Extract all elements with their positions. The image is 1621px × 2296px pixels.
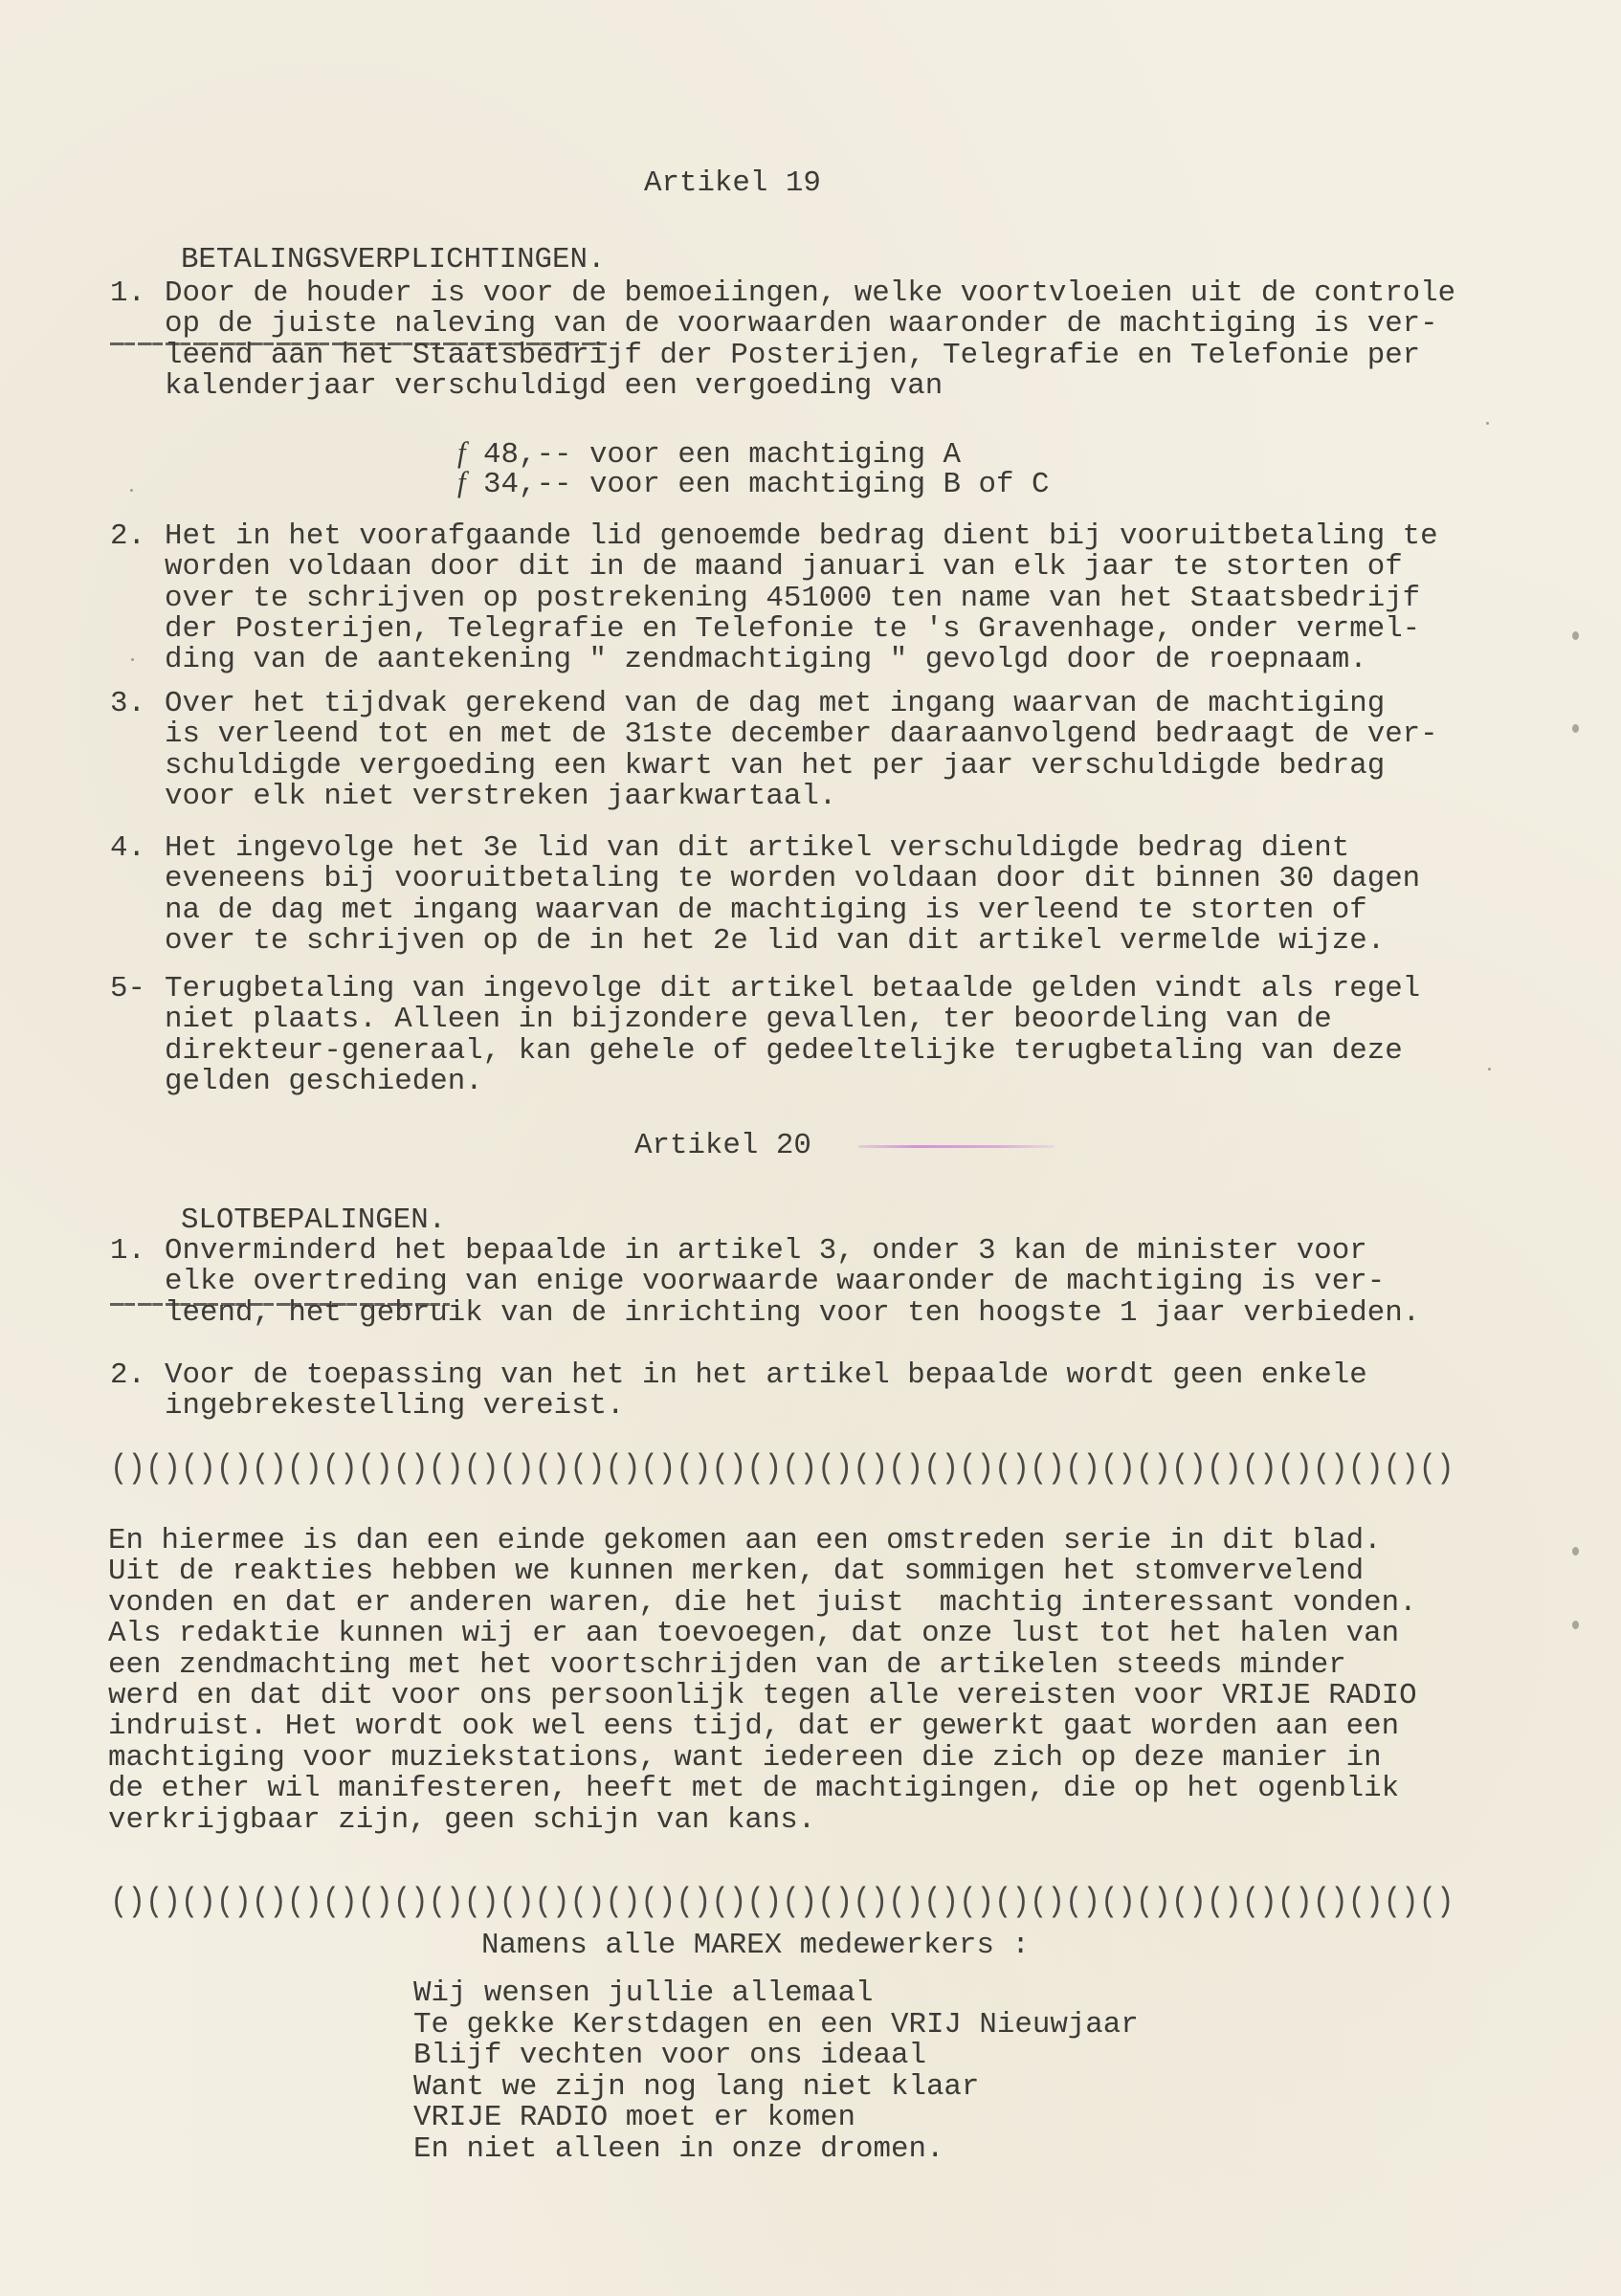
item-number: 4. [110,833,145,864]
poem-line: Want we zijn nog lang niet klaar [413,2072,1139,2104]
section-heading-text: BETALINGSVERPLICHTINGEN. [181,243,606,276]
text-line: Als redaktie kunnen wij er aan toevoegen… [108,1619,1417,1649]
section-heading-text: SLOTBEPALINGEN. [181,1203,446,1237]
fee-list: f 48,-- voor een machtiging A f 34,-- vo… [457,438,1049,497]
text-line: over te schrijven op de in het 2e lid va… [165,926,1420,957]
item-text: Door de houder is voor de bemoeiingen, w… [165,278,1455,402]
punch-mark [1572,724,1579,733]
punch-mark [1572,1547,1579,1556]
item-text: Terugbetaling van ingevolge dit artikel … [165,974,1420,1097]
text-line: werd en dat dit voor ons persoonlijk teg… [108,1681,1417,1711]
text-line: verkrijgbaar zijn, geen schijn van kans. [108,1805,1417,1836]
text-line: ding van de aantekening " zendmachtiging… [165,645,1438,675]
text-line: na de dag met ingang waarvan de machtigi… [165,895,1420,926]
item-text: Het ingevolge het 3e lid van dit artikel… [165,833,1420,957]
text-line: der Posterijen, Telegrafie en Telefonie … [165,614,1438,645]
text-line: leend aan het Staatsbedrijf der Posterij… [165,341,1455,371]
text-line: Voor de toepassing van het in het artike… [165,1360,1367,1391]
typewritten-page: Artikel 19 BETALINGSVERPLICHTINGEN. 1. D… [0,0,1621,2296]
purple-ink-mark [858,1145,1055,1148]
text-line: over te schrijven op postrekening 451000… [165,584,1438,614]
text-line: Uit de reakties hebben we kunnen merken,… [108,1556,1417,1587]
parenthesis-divider: ()()()()()()()()()()()()()()()()()()()()… [110,1884,1454,1921]
punch-mark [1572,631,1579,640]
text-line: kalenderjaar verschuldigd een vergoeding… [165,371,1455,402]
parenthesis-divider: ()()()()()()()()()()()()()()()()()()()()… [110,1450,1454,1488]
ink-speck [131,658,134,661]
article-19-title: Artikel 19 [644,168,821,199]
text-line: Het ingevolge het 3e lid van dit artikel… [165,833,1420,864]
ink-speck [1488,1068,1491,1071]
fee-amount: 34,-- [483,468,571,501]
poem-line: VRIJE RADIO moet er komen [413,2103,1139,2134]
text-line: En hiermee is dan een einde gekomen aan … [108,1526,1417,1556]
poem-line: Te gekke Kerstdagen en een VRIJ Nieuwjaa… [413,2010,1139,2042]
text-line: Door de houder is voor de bemoeiingen, w… [165,278,1455,309]
text-line: niet plaats. Alleen in bijzondere gevall… [165,1004,1420,1035]
florin-symbol: f [457,436,466,469]
item-number: 1. [110,1236,145,1267]
fee-row-bc: f 34,-- voor een machtiging B of C [457,468,1049,497]
text-line: schuldigde vergoeding een kwart van het … [165,751,1438,782]
text-line: worden voldaan door dit in de maand janu… [165,552,1438,583]
item-text: Het in het voorafgaande lid genoemde bed… [165,521,1438,675]
text-line: direkteur-generaal, kan gehele of gedeel… [165,1036,1420,1067]
article-20-title: Artikel 20 [634,1131,811,1161]
item-number: 3. [110,689,145,719]
ink-speck [130,489,133,492]
florin-symbol: f [457,466,466,498]
item-text: Onverminderd het bepaalde in artikel 3, … [165,1236,1420,1329]
item-number: 2. [110,521,145,552]
text-line: indruist. Het wordt ook wel eens tijd, d… [108,1711,1417,1742]
text-line: Over het tijdvak gerekend van de dag met… [165,689,1438,719]
fee-description: voor een machtiging A [589,438,961,472]
fee-description: voor een machtiging B of C [589,468,1050,501]
holiday-poem: Wij wensen jullie allemaal Te gekke Kers… [413,1978,1139,2166]
poem-line: Wij wensen jullie allemaal [413,1978,1139,2010]
text-line: is verleend tot en met de 31ste december… [165,719,1438,750]
text-line: Terugbetaling van ingevolge dit artikel … [165,974,1420,1004]
item-number: 1. [110,278,145,309]
fee-row-a: f 48,-- voor een machtiging A [457,438,1049,468]
ink-speck [1486,422,1489,425]
text-line: de ether wil manifesteren, heeft met de … [108,1774,1417,1804]
text-line: Onverminderd het bepaalde in artikel 3, … [165,1236,1420,1267]
text-line: op de juiste naleving van de voorwaarden… [165,309,1455,340]
fee-amount: 48,-- [483,438,571,472]
item-number: 2. [110,1360,145,1391]
closing-paragraph: En hiermee is dan een einde gekomen aan … [108,1526,1417,1836]
text-line: gelden geschieden. [165,1067,1420,1097]
punch-mark [1572,1621,1579,1629]
text-line: vonden en dat er anderen waren, die het … [108,1588,1417,1619]
poem-line: En niet alleen in onze dromen. [413,2134,1139,2166]
text-line: ingebrekestelling vereist. [165,1391,1367,1422]
text-line: Het in het voorafgaande lid genoemde bed… [165,521,1438,552]
item-text: Over het tijdvak gerekend van de dag met… [165,689,1438,812]
poem-line: Blijf vechten voor ons ideaal [413,2041,1139,2072]
text-line: eveneens bij vooruitbetaling te worden v… [165,864,1420,894]
item-text: Voor de toepassing van het in het artike… [165,1360,1367,1423]
text-line: leend, het gebruik van de inrichting voo… [165,1298,1420,1329]
signoff-line: Namens alle MAREX medewerkers : [481,1931,1030,1961]
text-line: elke overtreding van enige voorwaarde wa… [165,1267,1420,1297]
text-line: voor elk niet verstreken jaarkwartaal. [165,782,1438,812]
text-line: machtiging voor muziekstations, want ied… [108,1743,1417,1774]
item-number: 5- [110,974,145,1004]
text-line: een zendmachting met het voortschrijden … [108,1650,1417,1681]
